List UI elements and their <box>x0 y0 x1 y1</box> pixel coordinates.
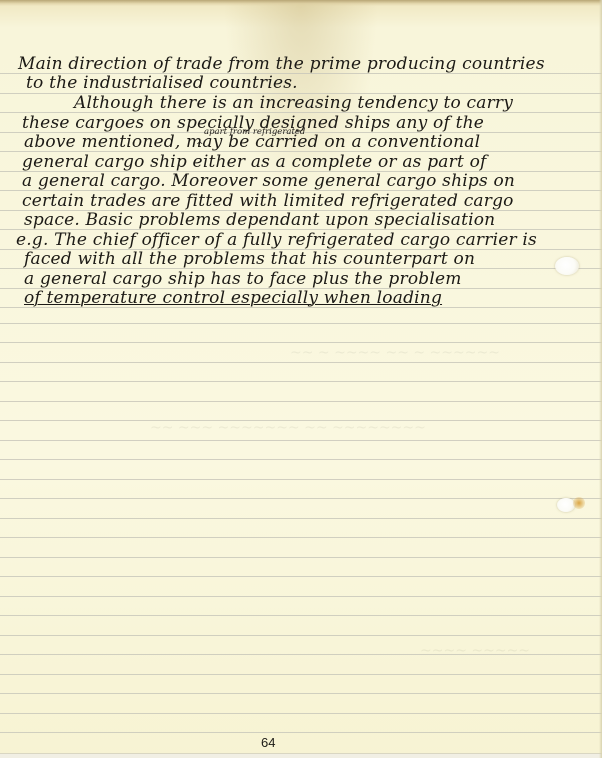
bleed-through-text: ~~ ~~~ ~~~~~~~ ~~ ~~~~~~~~ <box>150 420 426 436</box>
rule-line <box>0 440 602 441</box>
page-number: 64 <box>261 735 275 750</box>
rule-line <box>0 362 602 363</box>
rust-stain <box>573 497 585 509</box>
text-line-10: e.g. The chief officer of a fully refrig… <box>16 230 537 250</box>
rule-line <box>0 479 602 480</box>
rule-line <box>0 401 602 402</box>
text-line-6: general cargo ship either as a complete … <box>22 152 487 172</box>
rule-line <box>0 674 602 675</box>
rule-line <box>0 635 602 636</box>
rule-line <box>0 342 602 343</box>
text-line-1: Main direction of trade from the prime p… <box>18 54 545 74</box>
rule-line <box>0 596 602 597</box>
rule-line <box>0 323 602 324</box>
rule-line <box>0 459 602 460</box>
bleed-through-text: ~~~~ ~~~~~ <box>420 643 530 659</box>
rule-line <box>0 381 602 382</box>
text-line-13: of temperature control especially when l… <box>24 288 442 308</box>
text-line-11: faced with all the problems that his cou… <box>24 249 475 269</box>
text-line-12: a general cargo ship has to face plus th… <box>24 269 462 289</box>
rule-line <box>0 576 602 577</box>
rule-line <box>0 732 602 733</box>
punch-hole <box>555 257 579 275</box>
page-bottom-edge <box>0 753 602 758</box>
rule-line <box>0 615 602 616</box>
rule-line <box>0 557 602 558</box>
text-line-2: to the industrialised countries. <box>26 73 298 93</box>
text-line-7: a general cargo. Moreover some general c… <box>22 171 515 191</box>
rule-line <box>0 713 602 714</box>
text-line-3: Although there is an increasing tendency… <box>74 93 513 113</box>
rule-line <box>0 537 602 538</box>
bleed-through-text: ~~ ~ ~~~~ ~~ ~ ~~~~~~ <box>290 345 500 361</box>
punch-hole <box>557 498 575 512</box>
text-line-8: certain trades are fitted with limited r… <box>22 191 514 211</box>
text-line-9: space. Basic problems dependant upon spe… <box>24 210 495 230</box>
notebook-page: ~~ ~ ~~~~ ~~ ~ ~~~~~~ ~~ ~~~ ~~~~~~~ ~~ … <box>0 0 602 758</box>
insertion-caret-icon: ^ <box>196 141 204 151</box>
rule-line <box>0 498 602 499</box>
interlinear-insertion: apart from refrigerated <box>204 127 305 137</box>
rule-line <box>0 518 602 519</box>
rule-line <box>0 693 602 694</box>
